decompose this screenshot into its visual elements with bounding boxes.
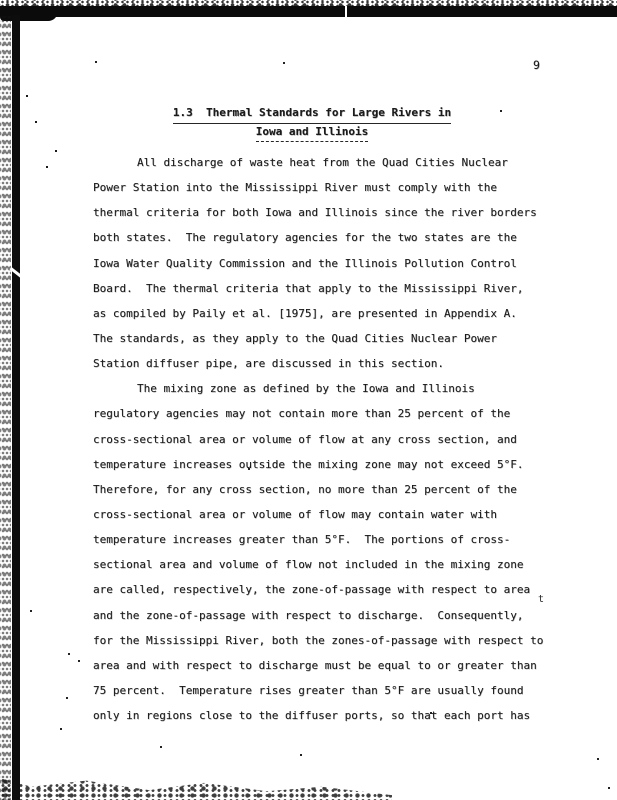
section-heading-row-1: 1.3 Thermal Standards for Large Rivers i…: [83, 105, 541, 124]
text-line: cross-sectional area or volume of flow m…: [93, 502, 583, 527]
text-line: The standards, as they apply to the Quad…: [93, 326, 583, 351]
text-line: Iowa Water Quality Commission and the Il…: [93, 251, 583, 276]
text-line: thermal criteria for both Iowa and Illin…: [93, 200, 583, 225]
text-line: Therefore, for any cross section, no mor…: [93, 477, 583, 502]
text-line: temperature increases outside the mixing…: [93, 452, 583, 477]
section-heading: 1.3 Thermal Standards for Large Rivers i…: [83, 105, 541, 142]
scanned-page: 9 1.3 Thermal Standards for Large Rivers…: [0, 0, 617, 800]
document-body: All discharge of waste heat from the Qua…: [93, 150, 583, 728]
text-line: Board. The thermal criteria that apply t…: [93, 276, 583, 301]
section-heading-line1: 1.3 Thermal Standards for Large Rivers i…: [173, 105, 451, 124]
text-line: sectional area and volume of flow not in…: [93, 552, 583, 577]
text-line: Station diffuser pipe, are discussed in …: [93, 351, 583, 376]
text-line: and the zone-of-passage with respect to …: [93, 603, 583, 628]
text-line: as compiled by Paily et al. [1975], are …: [93, 301, 583, 326]
text-line: for the Mississippi River, both the zone…: [93, 628, 583, 653]
text-line: regulatory agencies may not contain more…: [93, 401, 583, 426]
scan-artifact-stray-text: t: [538, 594, 544, 605]
text-line: Power Station into the Mississippi River…: [93, 175, 583, 200]
text-line: temperature increases greater than 5°F. …: [93, 527, 583, 552]
text-line: cross-sectional area or volume of flow a…: [93, 427, 583, 452]
text-line: are called, respectively, the zone-of-pa…: [93, 577, 583, 602]
text-line: only in regions close to the diffuser po…: [93, 703, 583, 728]
scan-artifact-band-slit: [345, 6, 347, 17]
scan-artifact-left-noise: [0, 16, 11, 800]
text-line: 75 percent. Temperature rises greater th…: [93, 678, 583, 703]
scan-artifact-bottom-noise: [0, 778, 392, 800]
text-line: The mixing zone as defined by the Iowa a…: [93, 376, 583, 401]
page-number: 9: [533, 58, 540, 72]
section-heading-row-2: Iowa and Illinois: [83, 124, 541, 143]
scan-artifact-top-band: [0, 6, 617, 17]
scan-artifact-left-bar: [12, 15, 20, 800]
text-line: both states. The regulatory agencies for…: [93, 225, 583, 250]
text-line: All discharge of waste heat from the Qua…: [93, 150, 583, 175]
scan-artifact-specks: [95, 61, 97, 63]
section-heading-line2: Iowa and Illinois: [256, 124, 369, 143]
text-line: area and with respect to discharge must …: [93, 653, 583, 678]
